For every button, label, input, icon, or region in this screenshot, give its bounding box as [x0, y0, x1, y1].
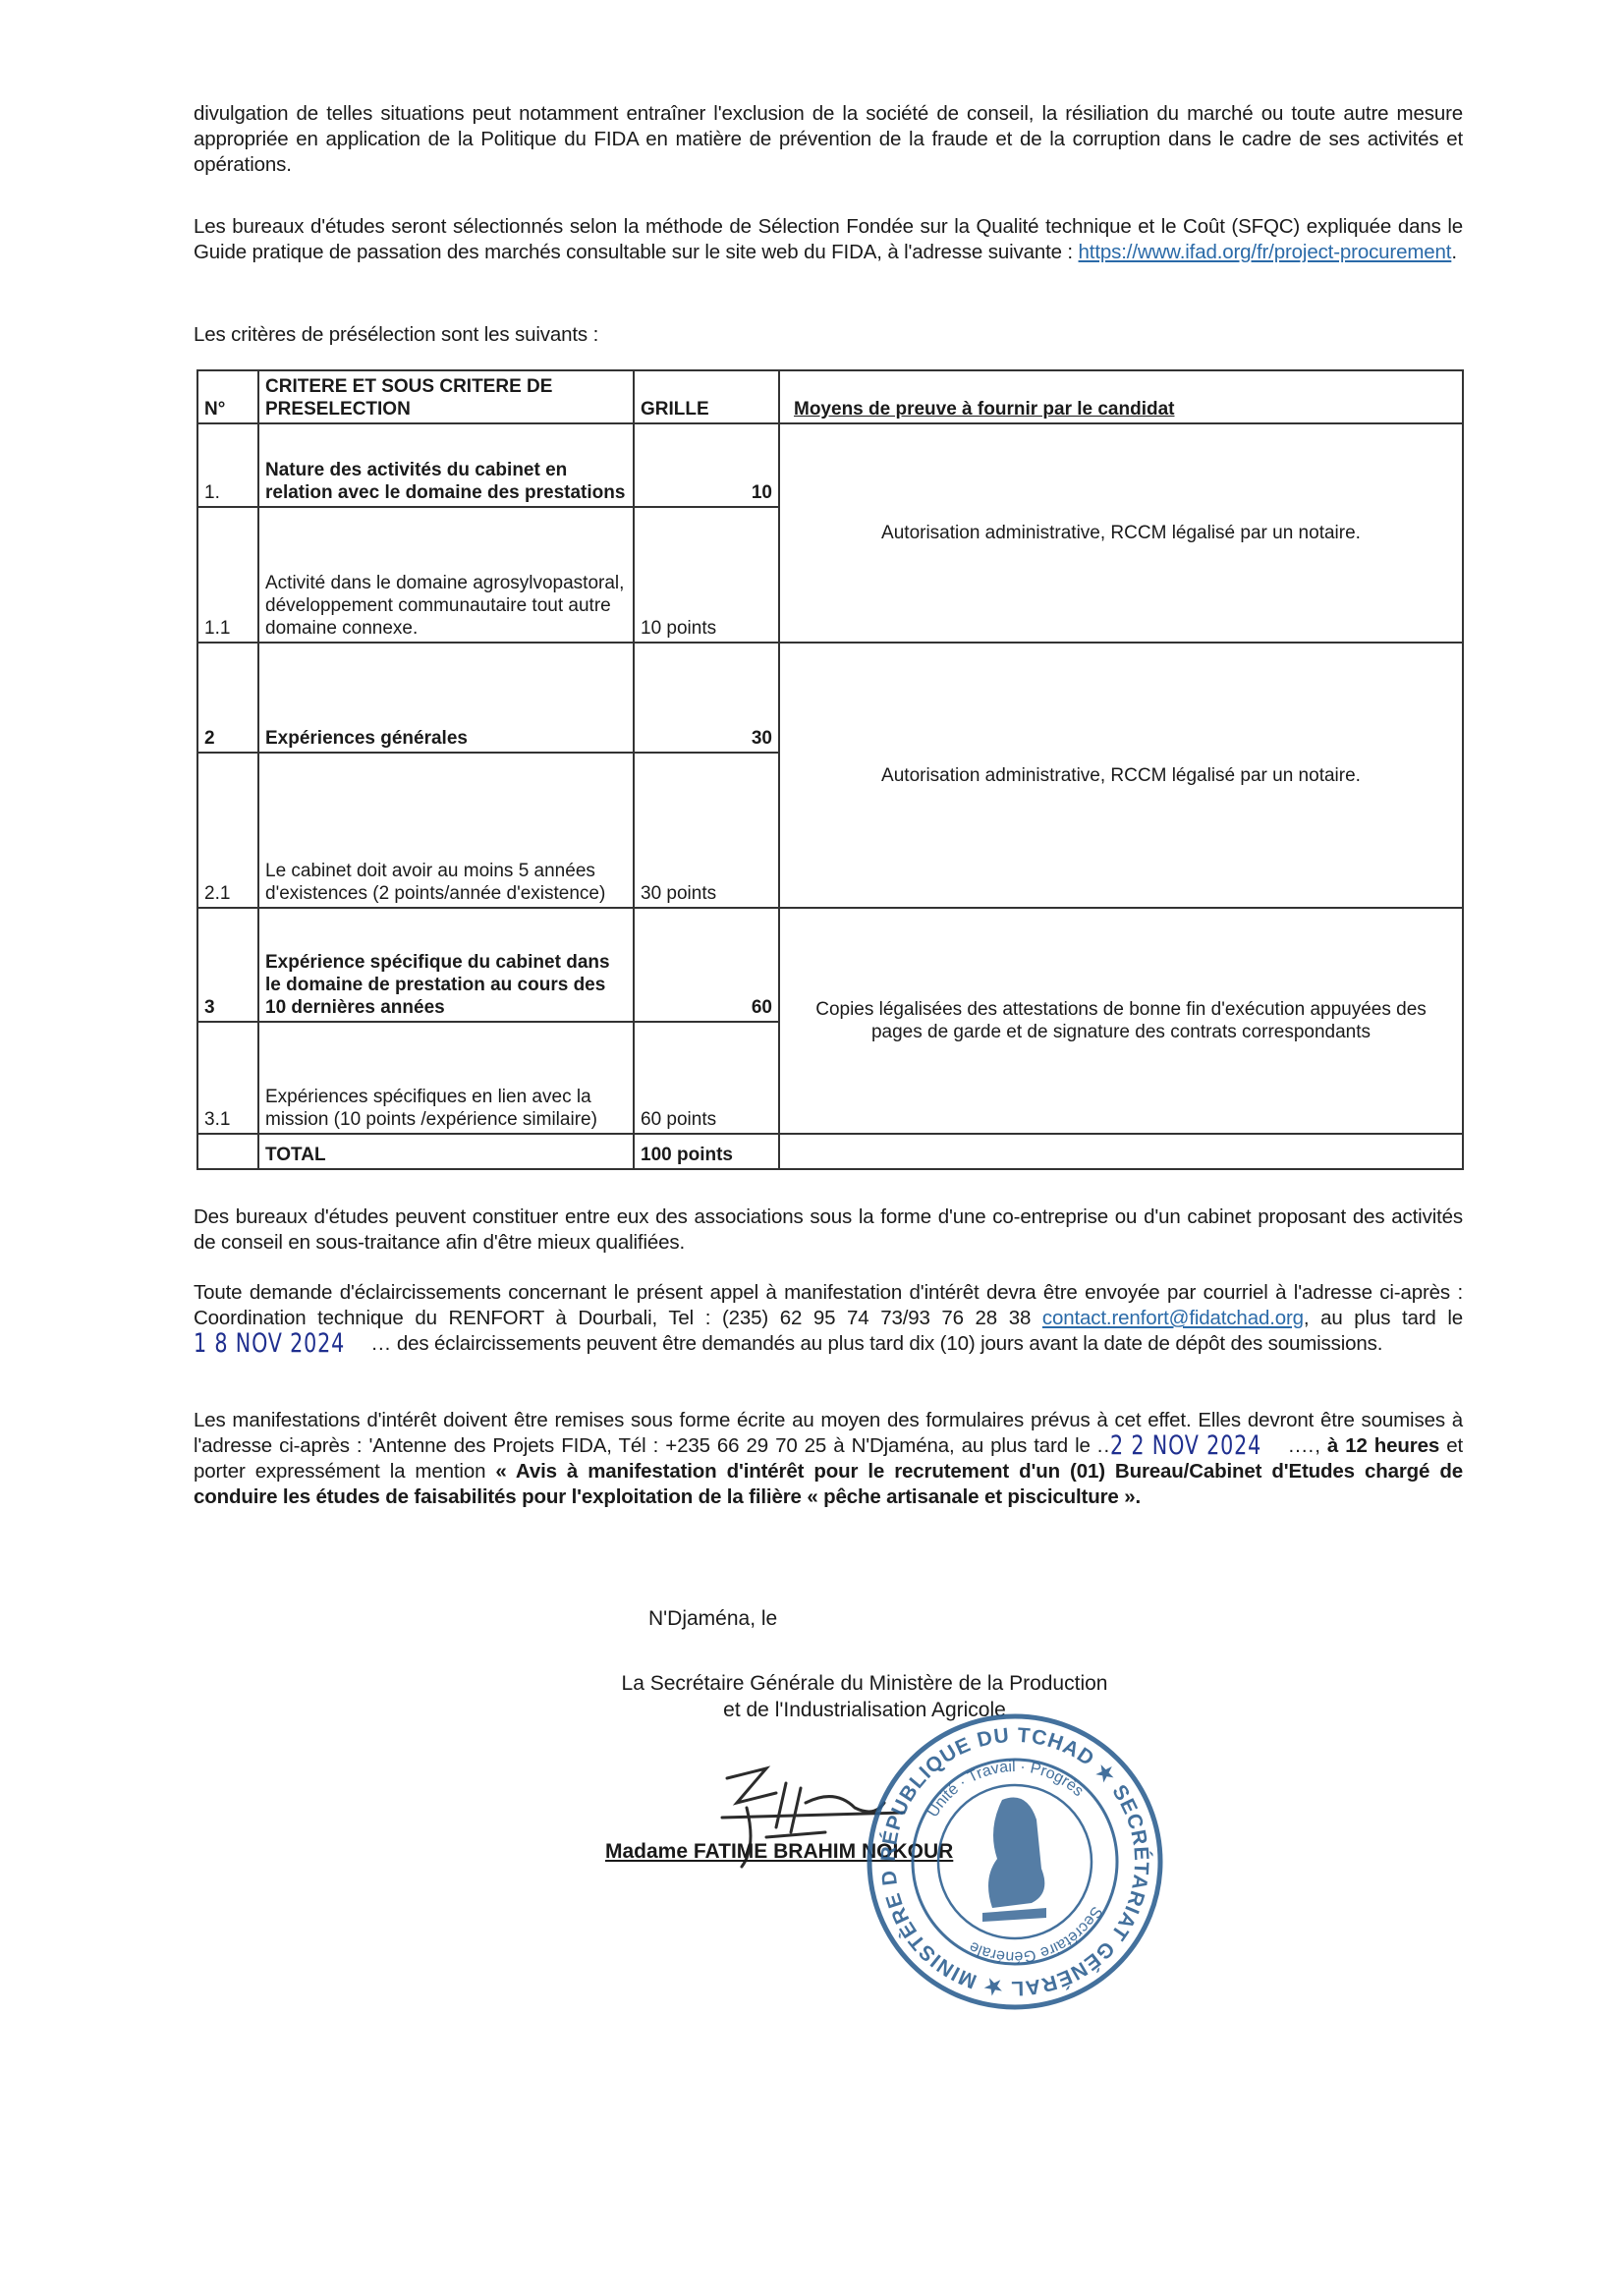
- table-header-row: N° CRITERE ET SOUS CRITERE DE PRESELECTI…: [197, 370, 1463, 423]
- clarification-date-stamp: 1 8 NOV 2024: [194, 1331, 345, 1357]
- table-total-row: TOTAL 100 points: [197, 1134, 1463, 1169]
- header-critere: CRITERE ET SOUS CRITERE DE PRESELECTION: [258, 370, 634, 423]
- document-page: divulgation de telles situations peut no…: [0, 0, 1624, 2296]
- selection-method-end: .: [1451, 241, 1457, 263]
- row-num: 1.1: [197, 507, 258, 643]
- row-num: 1.: [197, 423, 258, 507]
- row-proof-empty: [779, 1134, 1463, 1169]
- paragraph-submission: Les manifestations d'intérêt doivent êtr…: [194, 1408, 1463, 1510]
- row-critere: TOTAL: [258, 1134, 634, 1169]
- row-num: 3.1: [197, 1022, 258, 1134]
- place-date: N'Djaména, le: [648, 1605, 777, 1632]
- header-grille: GRILLE: [634, 370, 779, 423]
- dots: ..: [1097, 1434, 1110, 1457]
- paragraph-clarifications: Toute demande d'éclaircissements concern…: [194, 1280, 1463, 1357]
- header-num: N°: [197, 370, 258, 423]
- row-critere: Expériences spécifiques en lien avec la …: [258, 1022, 634, 1134]
- row-grille: 60 points: [634, 1022, 779, 1134]
- paragraph-selection-method: Les bureaux d'études seront sélectionnés…: [194, 214, 1463, 265]
- paragraph-fraud-policy: divulgation de telles situations peut no…: [194, 101, 1463, 178]
- submission-time: à 12 heures: [1327, 1434, 1439, 1457]
- row-critere: Activité dans le domaine agrosylvopastor…: [258, 507, 634, 643]
- header-preuve: Moyens de preuve à fournir par le candid…: [779, 370, 1463, 423]
- dots: ...: [371, 1332, 391, 1355]
- row-grille: 30 points: [634, 753, 779, 908]
- row-grille: 30: [634, 643, 779, 753]
- row-critere: Le cabinet doit avoir au moins 5 années …: [258, 753, 634, 908]
- official-stamp-icon: RÉPUBLIQUE DU TCHAD ★ SECRÉTARIAT GÉNÉRA…: [865, 1711, 1165, 2012]
- contact-email-link[interactable]: contact.renfort@fidatchad.org: [1042, 1307, 1304, 1329]
- table-row: 1. Nature des activités du cabinet en re…: [197, 423, 1463, 507]
- row-grille: 10 points: [634, 507, 779, 643]
- row-num: 3: [197, 908, 258, 1022]
- signatory-title-line1: La Secrétaire Générale du Ministère de l…: [550, 1670, 1179, 1697]
- row-critere: Nature des activités du cabinet en relat…: [258, 423, 634, 507]
- paragraph-associations: Des bureaux d'études peuvent constituer …: [194, 1204, 1463, 1256]
- submission-sep: ,: [1315, 1434, 1327, 1457]
- row-grille: 100 points: [634, 1134, 779, 1169]
- procurement-link[interactable]: https://www.ifad.org/fr/project-procurem…: [1079, 241, 1452, 263]
- criteria-table: N° CRITERE ET SOUS CRITERE DE PRESELECTI…: [196, 369, 1464, 1170]
- clarifications-text-2: , au plus tard le: [1304, 1307, 1463, 1329]
- row-proof: Copies légalisées des attestations de bo…: [779, 908, 1463, 1134]
- row-proof: Autorisation administrative, RCCM légali…: [779, 423, 1463, 643]
- row-critere: Expériences générales: [258, 643, 634, 753]
- row-num: [197, 1134, 258, 1169]
- row-num: 2: [197, 643, 258, 753]
- submission-date-stamp: 2 2 NOV 2024: [1110, 1433, 1261, 1459]
- row-proof: Autorisation administrative, RCCM légali…: [779, 643, 1463, 908]
- table-row: 3 Expérience spécifique du cabinet dans …: [197, 908, 1463, 1022]
- row-critere: Expérience spécifique du cabinet dans le…: [258, 908, 634, 1022]
- submission-text: Les manifestations d'intérêt doivent êtr…: [194, 1409, 1463, 1457]
- row-grille: 60: [634, 908, 779, 1022]
- clarifications-text-3: des éclaircissements peuvent être demand…: [391, 1332, 1382, 1355]
- row-grille: 10: [634, 423, 779, 507]
- criteria-intro: Les critères de présélection sont les su…: [194, 322, 1463, 348]
- table-row: 2 Expériences générales 30 Autorisation …: [197, 643, 1463, 753]
- row-num: 2.1: [197, 753, 258, 908]
- dots: ....: [1288, 1434, 1315, 1457]
